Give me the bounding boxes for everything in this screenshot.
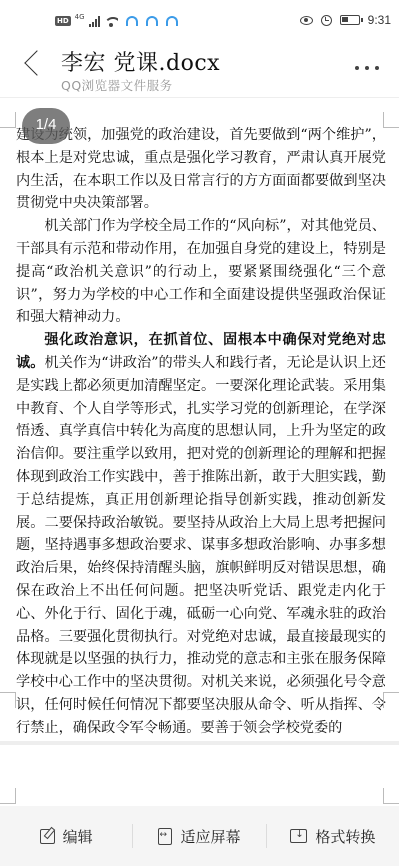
hd-icon: HD [55, 16, 71, 26]
document-subtitle: QQ浏览器文件服务 [61, 76, 173, 94]
document-viewer[interactable]: 1/4 建设为统领，加强党的政治建设，首先要做到“两个维护”，根本上是对党忠诚，… [0, 98, 399, 806]
4g-icon: 4G [75, 13, 85, 21]
page-corner-mark [0, 692, 16, 708]
page-corner-mark [0, 112, 16, 128]
bottom-toolbar: 编辑 适应屏幕 格式转换 [0, 806, 399, 866]
app-notification-icon [146, 16, 158, 26]
battery-icon [340, 15, 360, 25]
page-corner-mark [383, 692, 399, 708]
chevron-left-icon[interactable] [24, 50, 49, 75]
document-title: 李宏 党课.docx [61, 46, 220, 77]
app-notification-icon [126, 16, 138, 26]
format-convert-label: 格式转换 [315, 826, 375, 847]
status-bar: HD 4G 9:31 [0, 0, 399, 36]
fit-screen-label: 适应屏幕 [180, 826, 240, 847]
edit-label: 编辑 [63, 826, 93, 847]
status-bar-right: 9:31 [300, 13, 391, 27]
paragraph: 强化政治意识，在抓首位、固根本中确保对党绝对忠诚。机关作为“讲政治”的带头人和践… [16, 329, 386, 739]
app-header: 李宏 党课.docx QQ浏览器文件服务 [0, 36, 399, 98]
status-bar-left: HD 4G [55, 14, 178, 28]
page-separator [0, 741, 399, 745]
page-indicator: 1/4 [22, 108, 70, 144]
alarm-icon [321, 15, 332, 26]
fit-screen-icon [158, 828, 172, 845]
eye-icon [300, 16, 313, 25]
edit-button[interactable]: 编辑 [0, 824, 132, 848]
paragraph: 建设为统领，加强党的政治建设，首先要做到“两个维护”，根本上是对党忠诚，重点是强… [16, 124, 386, 215]
paragraph: 机关部门作为学校全局工作的“风向标”，对其他党员、干部具有示范和带动作用，在加强… [16, 215, 386, 329]
page-corner-mark [383, 788, 399, 804]
format-convert-icon [290, 829, 307, 843]
document-body: 建设为统领，加强党的政治建设，首先要做到“两个维护”，根本上是对党忠诚，重点是强… [16, 124, 386, 740]
format-convert-button[interactable]: 格式转换 [267, 824, 399, 848]
page-corner-mark [0, 788, 16, 804]
app-notification-icon [166, 16, 178, 26]
clock: 9:31 [368, 13, 391, 27]
fit-screen-button[interactable]: 适应屏幕 [133, 824, 265, 848]
more-icon[interactable] [355, 66, 379, 70]
wifi-icon [104, 16, 118, 27]
edit-icon [40, 829, 55, 844]
signal-icon [89, 16, 100, 27]
